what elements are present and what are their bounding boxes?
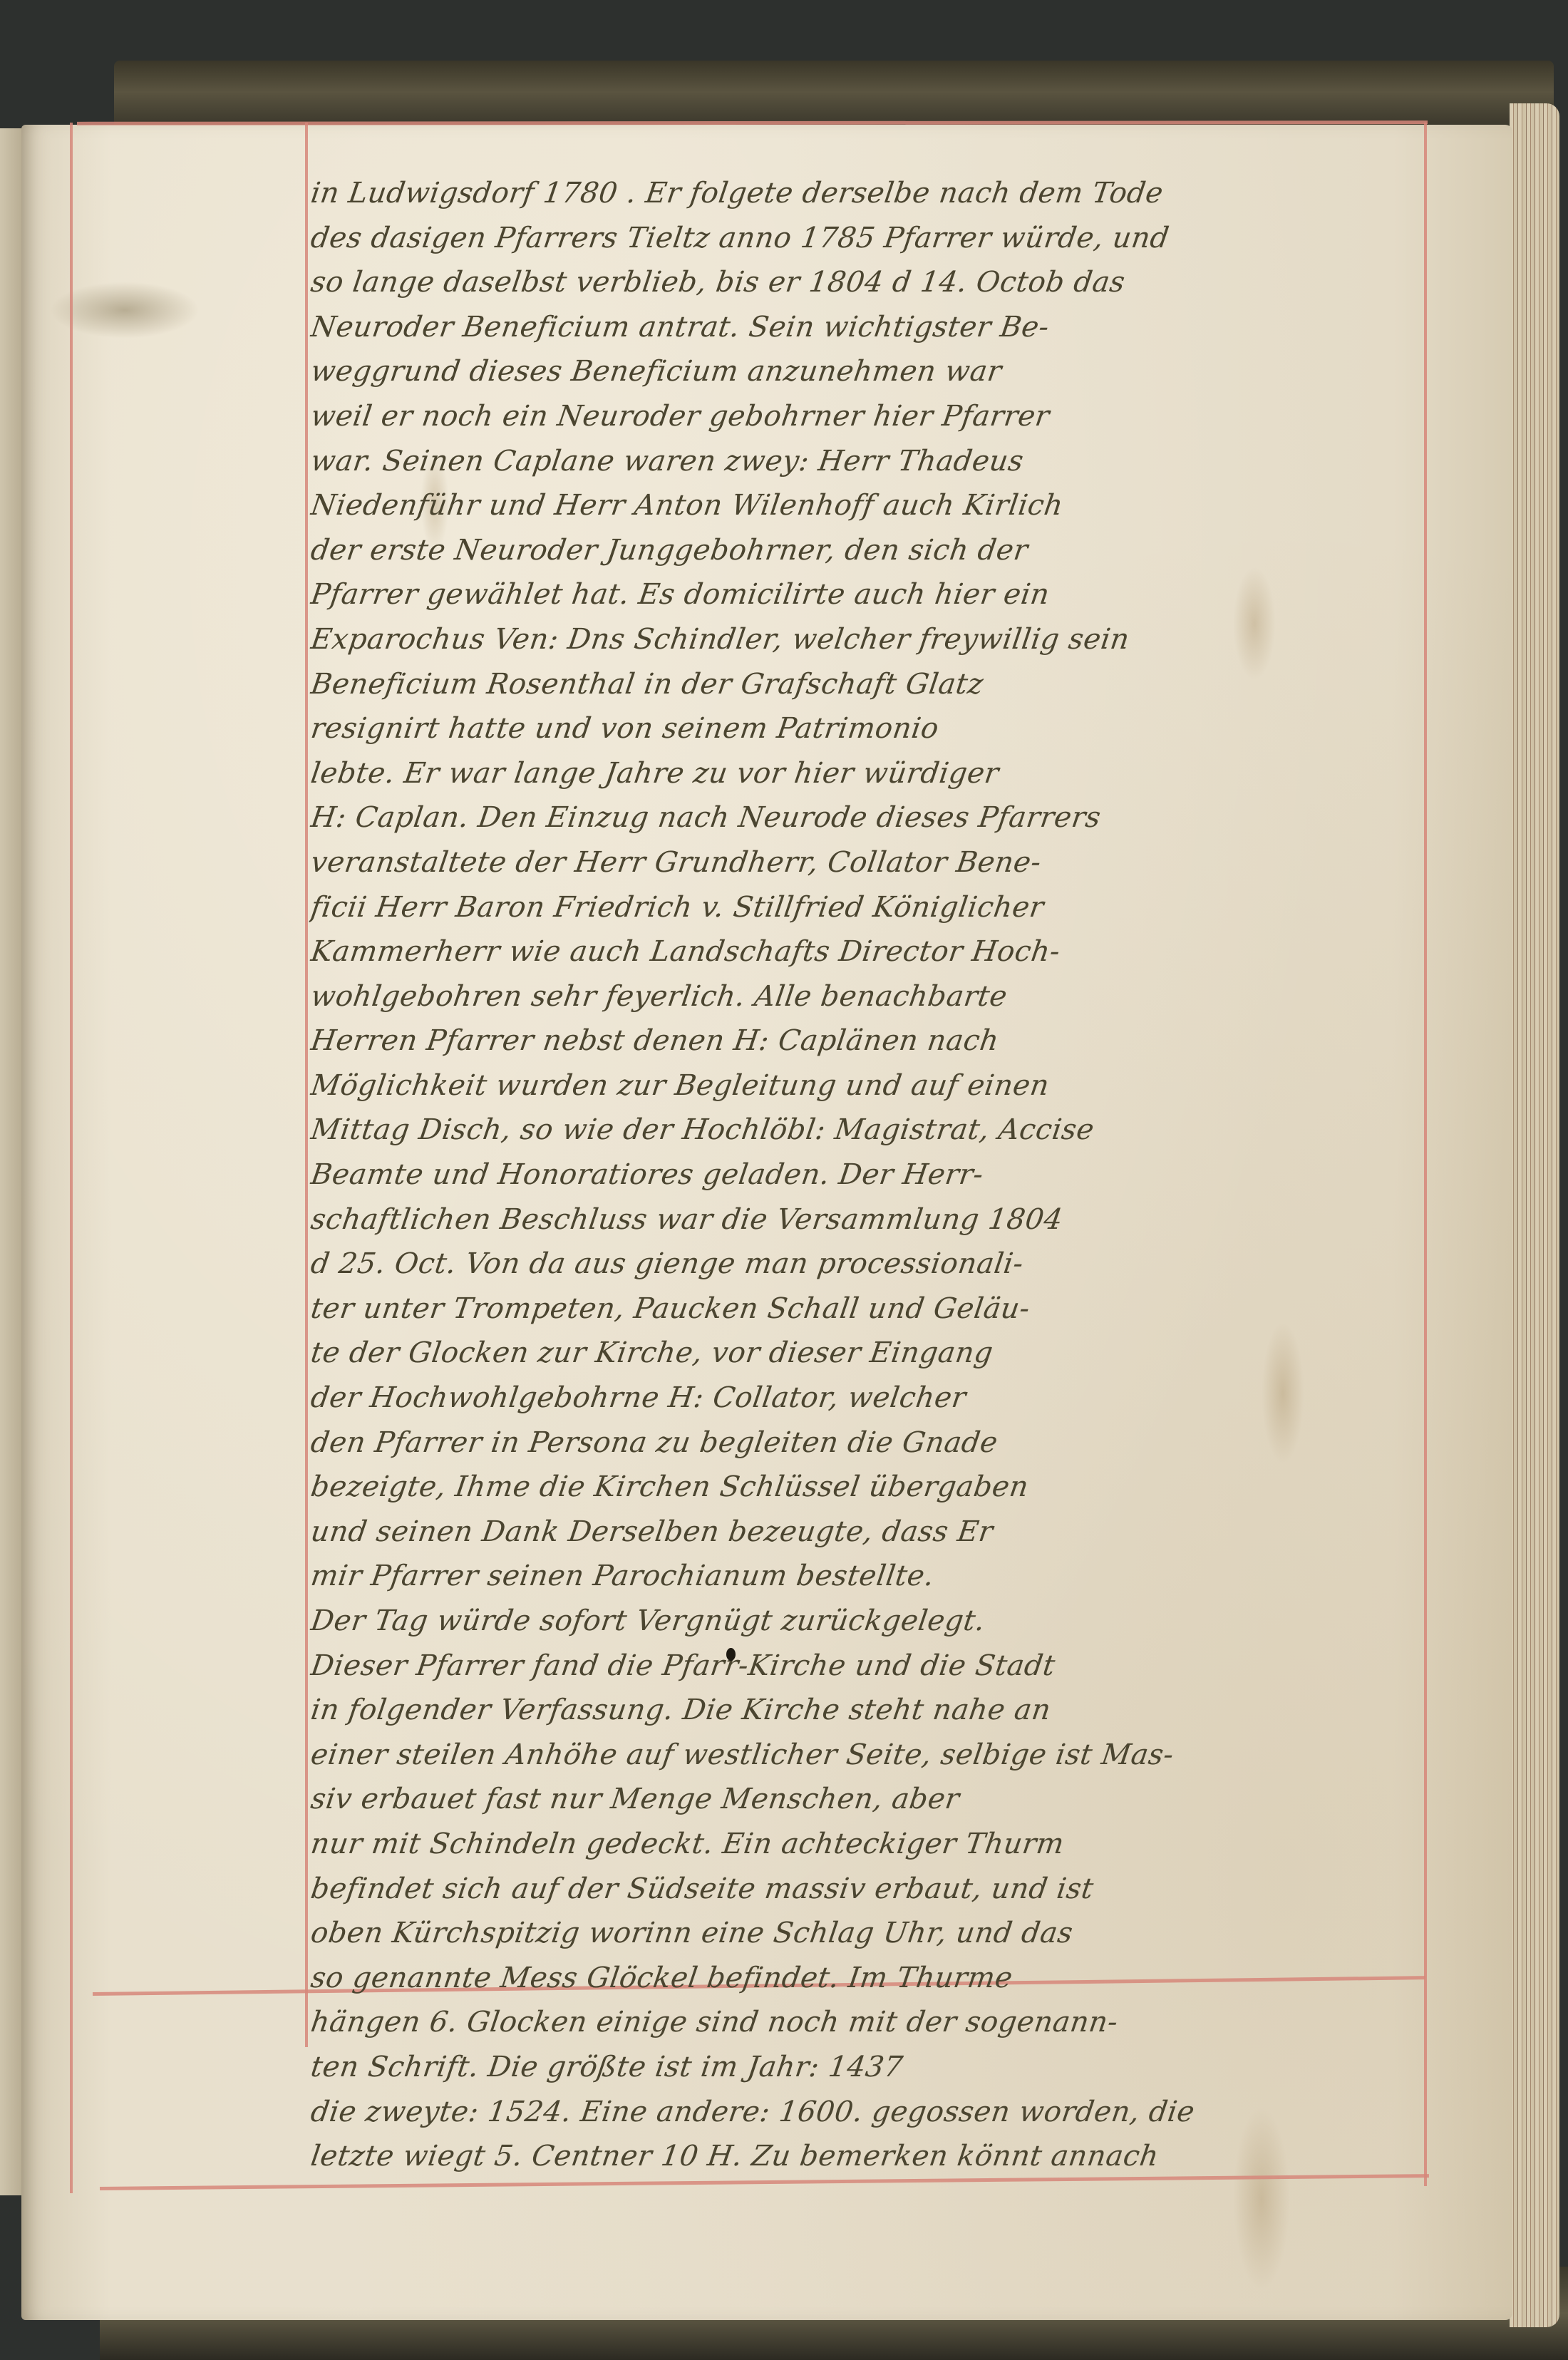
text-line: die zweyte: 1524. Eine andere: 1600. geg…	[308, 2090, 1426, 2135]
text-line: und seinen Dank Derselben bezeugte, dass…	[308, 1510, 1426, 1555]
frame-left-rule	[70, 123, 73, 2193]
text-line: resignirt hatte und von seinem Patrimoni…	[308, 706, 1426, 751]
text-line: schaftlichen Beschluss war die Versammlu…	[308, 1197, 1426, 1242]
ink-blot	[726, 1648, 736, 1661]
text-line: weggrund dieses Beneficium anzunehmen wa…	[308, 349, 1426, 394]
text-line: des dasigen Pfarrers Tieltz anno 1785 Pf…	[308, 216, 1426, 261]
text-line: der Hochwohlgebohrne H: Collator, welche…	[308, 1376, 1426, 1421]
text-line: so lange daselbst verblieb, bis er 1804 …	[308, 260, 1426, 305]
text-line: ficii Herr Baron Friedrich v. Stillfried…	[308, 885, 1426, 930]
text-line: oben Kürchspitzig worinn eine Schlag Uhr…	[308, 1911, 1426, 1956]
text-line: Exparochus Ven: Dns Schindler, welcher f…	[308, 617, 1426, 662]
text-line: ten Schrift. Die größte ist im Jahr: 143…	[308, 2045, 1426, 2090]
text-line: den Pfarrer in Persona zu begleiten die …	[308, 1421, 1426, 1465]
text-line: d 25. Oct. Von da aus gienge man process…	[308, 1242, 1426, 1287]
text-line: Mittag Disch, so wie der Hochlöbl: Magis…	[308, 1108, 1426, 1153]
text-line: hängen 6. Glocken einige sind noch mit d…	[308, 2000, 1426, 2045]
text-line: H: Caplan. Den Einzug nach Neurode diese…	[308, 795, 1426, 840]
text-line: Neuroder Beneficium antrat. Sein wichtig…	[308, 305, 1426, 350]
text-line: in folgender Verfassung. Die Kirche steh…	[308, 1688, 1426, 1733]
text-line: der erste Neuroder Junggebohrner, den si…	[308, 528, 1426, 573]
handwritten-text-block: in Ludwigsdorf 1780 . Er folgete derselb…	[308, 171, 1420, 2179]
text-line: Dieser Pfarrer fand die Pfarr-Kirche und…	[308, 1644, 1426, 1689]
text-line: letzte wiegt 5. Centner 10 H. Zu bemerke…	[308, 2134, 1426, 2179]
text-line: Beamte und Honoratiores geladen. Der Her…	[308, 1153, 1426, 1197]
text-line: te der Glocken zur Kirche, vor dieser Ei…	[308, 1331, 1426, 1376]
manuscript-scan: in Ludwigsdorf 1780 . Er folgete derselb…	[0, 0, 1568, 2360]
text-line: Möglichkeit wurden zur Begleitung und au…	[308, 1063, 1426, 1108]
text-line: war. Seinen Caplane waren zwey: Herr Tha…	[308, 439, 1426, 484]
text-line: wohlgebohren sehr feyerlich. Alle benach…	[308, 974, 1426, 1019]
text-line: Herren Pfarrer nebst denen H: Caplänen n…	[308, 1019, 1426, 1063]
text-line: weil er noch ein Neuroder gebohrner hier…	[308, 394, 1426, 439]
text-line: veranstaltete der Herr Grundherr, Collat…	[308, 840, 1426, 885]
facing-page-edge	[0, 128, 21, 2195]
text-line: befindet sich auf der Südseite massiv er…	[308, 1867, 1426, 1912]
text-line: mir Pfarrer seinen Parochianum bestellte…	[308, 1554, 1426, 1599]
page-stack-edge	[1510, 103, 1559, 2327]
text-line: lebte. Er war lange Jahre zu vor hier wü…	[308, 751, 1426, 796]
text-line: Pfarrer gewählet hat. Es domicilirte auc…	[308, 572, 1426, 617]
text-line: Kammerherr wie auch Landschafts Director…	[308, 929, 1426, 974]
text-line: einer steilen Anhöhe auf westlicher Seit…	[308, 1733, 1426, 1778]
text-line: Niedenführ und Herr Anton Wilenhoff auch…	[308, 483, 1426, 528]
text-line: Beneficium Rosenthal in der Grafschaft G…	[308, 662, 1426, 707]
text-line: in Ludwigsdorf 1780 . Er folgete derselb…	[308, 171, 1426, 216]
text-line: ter unter Trompeten, Paucken Schall und …	[308, 1287, 1426, 1331]
text-line: nur mit Schindeln gedeckt. Ein achteckig…	[308, 1822, 1426, 1867]
text-line: bezeigte, Ihme die Kirchen Schlüssel übe…	[308, 1465, 1426, 1510]
text-line: so genannte Mess Glöckel befindet. Im Th…	[308, 1956, 1426, 2001]
text-line: siv erbauet fast nur Menge Menschen, abe…	[308, 1777, 1426, 1822]
text-line: Der Tag würde sofort Vergnügt zurückgele…	[308, 1599, 1426, 1644]
